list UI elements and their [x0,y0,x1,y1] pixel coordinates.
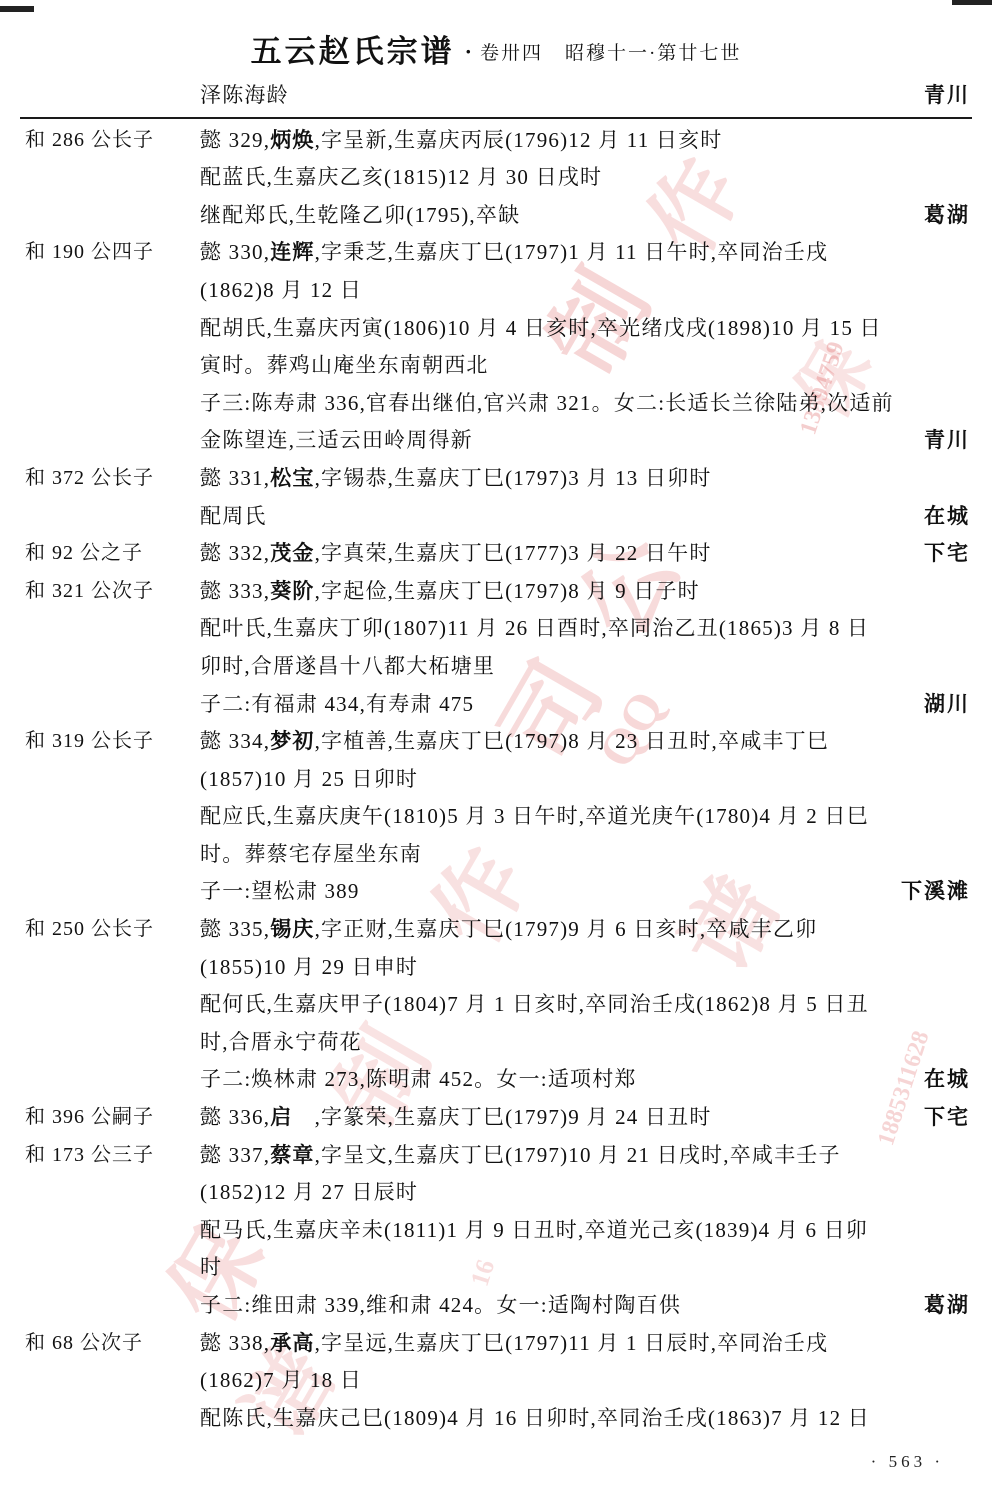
father-reference-label: 和 286 公长子 [25,122,154,160]
entry-text: 懿 338,承高,字呈远,生嘉庆丁巳(1797)11 月 1 日辰时,卒同治壬戌 [0,1325,992,1363]
entry-text: 子三:陈寿肃 336,官春出继伯,官兴肃 321。女二:长适长兰徐陆弟,次适前 [0,385,992,423]
generation-label: 昭穆十一·第廿七世 [565,43,741,64]
entry-text: 泽陈海龄 [0,77,992,115]
entry-detail: 配何氏,生嘉庆甲子(1804)7 月 1 日亥时,卒同治壬戌(1862)8 月 … [200,992,869,1016]
father-reference-label: 和 92 公之子 [25,535,143,573]
entry-serial: 懿 335, [200,917,270,941]
entry-serial: 懿 334, [200,729,270,753]
genealogy-line: 配何氏,生嘉庆甲子(1804)7 月 1 日亥时,卒同治壬戌(1862)8 月 … [0,986,992,1024]
page-number: · 563 · [871,1452,944,1472]
genealogy-line: 子三:陈寿肃 336,官春出继伯,官兴肃 321。女二:长适长兰徐陆弟,次适前 [0,385,992,423]
genealogy-line: 继配郑氏,生乾隆乙卯(1795),卒缺 葛湖 [0,197,992,235]
entry-serial: 懿 332, [200,541,270,565]
entry-text: 配叶氏,生嘉庆丁卯(1807)11 月 26 日酉时,卒同治乙丑(1865)3 … [0,610,992,648]
entry-detail: ,字植善,生嘉庆丁巳(1797)8 月 23 日丑时,卒咸丰丁巳 [315,729,829,753]
entry-serial: 懿 333, [200,579,270,603]
father-reference-label: 和 372 公长子 [25,460,154,498]
entry-detail: (1855)10 月 29 日申时 [200,955,418,979]
person-name: 锡庆 [270,917,314,941]
residence-label: 下宅 [924,535,970,573]
genealogy-line: 配周氏 在城 [0,498,992,536]
father-reference-label: 和 190 公四子 [25,234,154,272]
person-name: 梦初 [270,729,314,753]
residence-label: 青川 [924,77,970,115]
father-reference-label: 和 250 公长子 [25,911,154,949]
entry-detail: (1862)8 月 12 日 [200,278,362,302]
genealogy-line: 和 372 公长子 懿 331,松宝,字锡恭,生嘉庆丁巳(1797)3 月 13… [0,460,992,498]
entry-detail: 配陈氏,生嘉庆己巳(1809)4 月 16 日卯时,卒同治壬戌(1863)7 月… [200,1406,870,1430]
entry-text: 配何氏,生嘉庆甲子(1804)7 月 1 日亥时,卒同治壬戌(1862)8 月 … [0,986,992,1024]
residence-label: 下宅 [924,1099,970,1137]
entry-serial: 懿 338, [200,1331,270,1355]
entry-detail: ,字秉芝,生嘉庆丁巳(1797)1 月 11 日午时,卒同治壬戌 [315,240,829,264]
entry-detail: ,字呈文,生嘉庆丁巳(1797)10 月 21 日戌时,卒咸丰壬子 [315,1143,841,1167]
residence-label: 在城 [924,498,970,536]
entry-text: 配马氏,生嘉庆辛未(1811)1 月 9 日丑时,卒道光己亥(1839)4 月 … [0,1212,992,1250]
genealogy-line: (1857)10 月 25 日卯时 [0,761,992,799]
entry-text: (1857)10 月 25 日卯时 [0,761,992,799]
entry-text: 配胡氏,生嘉庆丙寅(1806)10 月 4 日亥时,卒光绪戊戌(1898)10 … [0,310,992,348]
entry-detail: ,字真荣,生嘉庆丁巳(1777)3 月 22 日午时 [315,541,712,565]
entry-detail: 子二:焕林肃 273,陈明肃 452。女一:适项村郑 [200,1067,637,1091]
genealogy-line: 子二:有福肃 434,有寿肃 475 湖川 [0,686,992,724]
person-name: 茂金 [270,541,314,565]
residence-label: 下溪滩 [901,873,970,911]
entry-text: 时,合厝永宁荷花 [0,1024,992,1062]
entry-text: 子二:有福肃 434,有寿肃 475 [0,686,992,724]
genealogy-line: 配应氏,生嘉庆庚午(1810)5 月 3 日午时,卒道光庚午(1780)4 月 … [0,798,992,836]
genealogy-line: 和 321 公次子 懿 333,葵阶,字起俭,生嘉庆丁巳(1797)8 月 9 … [0,573,992,611]
entry-text: 卯时,合厝遂昌十八都大柘塘里 [0,648,992,686]
person-name: 连辉 [270,240,314,264]
entry-text: 寅时。葬鸡山庵坐东南朝西北 [0,347,992,385]
entry-detail: ,字呈远,生嘉庆丁巳(1797)11 月 1 日辰时,卒同治壬戌 [315,1331,829,1355]
entry-text: 继配郑氏,生乾隆乙卯(1795),卒缺 [0,197,992,235]
genealogy-line: 子一:望松肃 389 下溪滩 [0,873,992,911]
entry-detail: 金陈望连,三适云田岭周得新 [200,428,473,452]
entry-text: 时。葬蔡宅存屋坐东南 [0,836,992,874]
entry-detail: ,字起俭,生嘉庆丁巳(1797)8 月 9 日子时 [315,579,700,603]
volume-label: 卷卅四 [480,43,543,64]
father-reference-label: 和 319 公长子 [25,723,154,761]
entry-detail: 卯时,合厝遂昌十八都大柘塘里 [200,654,495,678]
entry-detail: 子二:有福肃 434,有寿肃 475 [200,692,474,716]
genealogy-line: 配陈氏,生嘉庆己巳(1809)4 月 16 日卯时,卒同治壬戌(1863)7 月… [0,1400,992,1438]
father-reference-label: 和 321 公次子 [25,573,154,611]
entry-text: 配蓝氏,生嘉庆乙亥(1815)12 月 30 日戌时 [0,159,992,197]
entry-detail: 时 [200,1255,222,1279]
person-name: 松宝 [270,466,314,490]
entry-text: (1855)10 月 29 日申时 [0,949,992,987]
entry-text: 时 [0,1249,992,1287]
entry-detail: ,字呈新,生嘉庆丙辰(1796)12 月 11 日亥时 [315,128,723,152]
father-reference-label: 和 68 公次子 [25,1325,143,1363]
residence-label: 湖川 [924,686,970,724]
entry-serial: 懿 331, [200,466,270,490]
person-name: 启 [270,1105,292,1129]
genealogy-line: 和 319 公长子 懿 334,梦初,字植善,生嘉庆丁巳(1797)8 月 23… [0,723,992,761]
entry-detail: 泽陈海龄 [200,83,289,107]
entry-serial: 懿 329, [200,128,270,152]
person-name: 葵阶 [270,579,314,603]
book-title: 五云赵氏宗谱 [251,34,455,69]
genealogy-line: 卯时,合厝遂昌十八都大柘塘里 [0,648,992,686]
page-header: 五云赵氏宗谱·卷卅四昭穆十一·第廿七世 [0,26,992,71]
entry-detail: (1857)10 月 25 日卯时 [200,767,418,791]
entry-serial: 懿 336, [200,1105,270,1129]
genealogy-line: (1855)10 月 29 日申时 [0,949,992,987]
person-name: 炳焕 [270,128,314,152]
scan-artifact [952,0,992,5]
genealogy-line: 和 286 公长子 懿 329,炳焕,字呈新,生嘉庆丙辰(1796)12 月 1… [0,122,992,160]
entry-text: 配周氏 [0,498,992,536]
genealogy-line: 和 190 公四子 懿 330,连辉,字秉芝,生嘉庆丁巳(1797)1 月 11… [0,234,992,272]
entry-detail: ,字正财,生嘉庆丁巳(1797)9 月 6 日亥时,卒咸丰乙卯 [315,917,818,941]
entry-detail: 时,合厝永宁荷花 [200,1030,362,1054]
genealogy-line: 寅时。葬鸡山庵坐东南朝西北 [0,347,992,385]
genealogy-line: 和 68 公次子 懿 338,承高,字呈远,生嘉庆丁巳(1797)11 月 1 … [0,1325,992,1363]
genealogy-line: (1862)8 月 12 日 [0,272,992,310]
residence-label: 青川 [924,422,970,460]
entry-text: 配应氏,生嘉庆庚午(1810)5 月 3 日午时,卒道光庚午(1780)4 月 … [0,798,992,836]
genealogy-line: 配叶氏,生嘉庆丁卯(1807)11 月 26 日酉时,卒同治乙丑(1865)3 … [0,610,992,648]
person-name: 蔡章 [270,1143,314,1167]
entry-detail: (1862)7 月 18 日 [200,1368,362,1392]
genealogy-line: (1852)12 月 27 日辰时 [0,1174,992,1212]
entry-text: (1862)7 月 18 日 [0,1362,992,1400]
residence-label: 葛湖 [924,1287,970,1325]
entry-detail: 寅时。葬鸡山庵坐东南朝西北 [200,353,489,377]
genealogy-line: 配马氏,生嘉庆辛未(1811)1 月 9 日丑时,卒道光己亥(1839)4 月 … [0,1212,992,1250]
entry-text: (1862)8 月 12 日 [0,272,992,310]
genealogy-line: 时,合厝永宁荷花 [0,1024,992,1062]
genealogy-line: 和 92 公之子 懿 332,茂金,字真荣,生嘉庆丁巳(1777)3 月 22 … [0,535,992,573]
genealogy-line: 子二:焕林肃 273,陈明肃 452。女一:适项村郑 在城 [0,1061,992,1099]
genealogy-line: 和 250 公长子 懿 335,锡庆,字正财,生嘉庆丁巳(1797)9 月 6 … [0,911,992,949]
entry-detail: ,字篆荣,生嘉庆丁巳(1797)9 月 24 日丑时 [292,1105,711,1129]
entry-text: 配陈氏,生嘉庆己巳(1809)4 月 16 日卯时,卒同治壬戌(1863)7 月… [0,1400,992,1438]
person-name: 承高 [270,1331,314,1355]
residence-label: 在城 [924,1061,970,1099]
entry-serial: 懿 330, [200,240,270,264]
father-reference-label: 和 396 公嗣子 [25,1099,154,1137]
entry-detail: 子三:陈寿肃 336,官春出继伯,官兴肃 321。女二:长适长兰徐陆弟,次适前 [200,391,894,415]
entry-detail: 配叶氏,生嘉庆丁卯(1807)11 月 26 日酉时,卒同治乙丑(1865)3 … [200,616,869,640]
entry-detail: 配蓝氏,生嘉庆乙亥(1815)12 月 30 日戌时 [200,165,602,189]
entry-detail: 子一:望松肃 389 [200,879,360,903]
genealogy-line: 和 396 公嗣子 懿 336,启 ,字篆荣,生嘉庆丁巳(1797)9 月 24… [0,1099,992,1137]
father-reference-label: 和 173 公三子 [25,1137,154,1175]
entry-text: 子一:望松肃 389 [0,873,992,911]
genealogy-line: (1862)7 月 18 日 [0,1362,992,1400]
entry-detail: 继配郑氏,生乾隆乙卯(1795),卒缺 [200,203,520,227]
entry-text: (1852)12 月 27 日辰时 [0,1174,992,1212]
genealogy-line: 配胡氏,生嘉庆丙寅(1806)10 月 4 日亥时,卒光绪戊戌(1898)10 … [0,310,992,348]
genealogy-rows: 泽陈海龄 青川 和 286 公长子 懿 329,炳焕,字呈新,生嘉庆丙辰(179… [0,77,992,1437]
entry-text: 子二:维田肃 339,维和肃 424。女一:适陶村陶百供 [0,1287,992,1325]
entry-detail: ,字锡恭,生嘉庆丁巳(1797)3 月 13 日卯时 [315,466,712,490]
entry-text: 懿 332,茂金,字真荣,生嘉庆丁巳(1777)3 月 22 日午时 [0,535,992,573]
entry-detail: 配马氏,生嘉庆辛未(1811)1 月 9 日丑时,卒道光己亥(1839)4 月 … [200,1218,868,1242]
entry-detail: 配应氏,生嘉庆庚午(1810)5 月 3 日午时,卒道光庚午(1780)4 月 … [200,804,869,828]
entry-detail: (1852)12 月 27 日辰时 [200,1180,418,1204]
genealogy-line: 配蓝氏,生嘉庆乙亥(1815)12 月 30 日戌时 [0,159,992,197]
entry-serial: 懿 337, [200,1143,270,1167]
genealogy-line: 时。葬蔡宅存屋坐东南 [0,836,992,874]
genealogy-line: 时 [0,1249,992,1287]
entry-detail: 子二:维田肃 339,维和肃 424。女一:适陶村陶百供 [200,1293,681,1317]
genealogy-line: 和 173 公三子 懿 337,蔡章,字呈文,生嘉庆丁巳(1797)10 月 2… [0,1137,992,1175]
entry-detail: 配胡氏,生嘉庆丙寅(1806)10 月 4 日亥时,卒光绪戊戌(1898)10 … [200,316,882,340]
genealogy-line: 泽陈海龄 青川 [0,77,992,115]
residence-label: 葛湖 [924,197,970,235]
genealogy-line: 金陈望连,三适云田岭周得新 青川 [0,422,992,460]
genealogy-line: 子二:维田肃 339,维和肃 424。女一:适陶村陶百供 葛湖 [0,1287,992,1325]
scan-artifact [0,6,34,12]
entry-detail: 配周氏 [200,504,267,528]
entry-text: 子二:焕林肃 273,陈明肃 452。女一:适项村郑 [0,1061,992,1099]
title-separator-dot: · [465,39,472,64]
entry-detail: 时。葬蔡宅存屋坐东南 [200,842,422,866]
entry-text: 金陈望连,三适云田岭周得新 [0,422,992,460]
